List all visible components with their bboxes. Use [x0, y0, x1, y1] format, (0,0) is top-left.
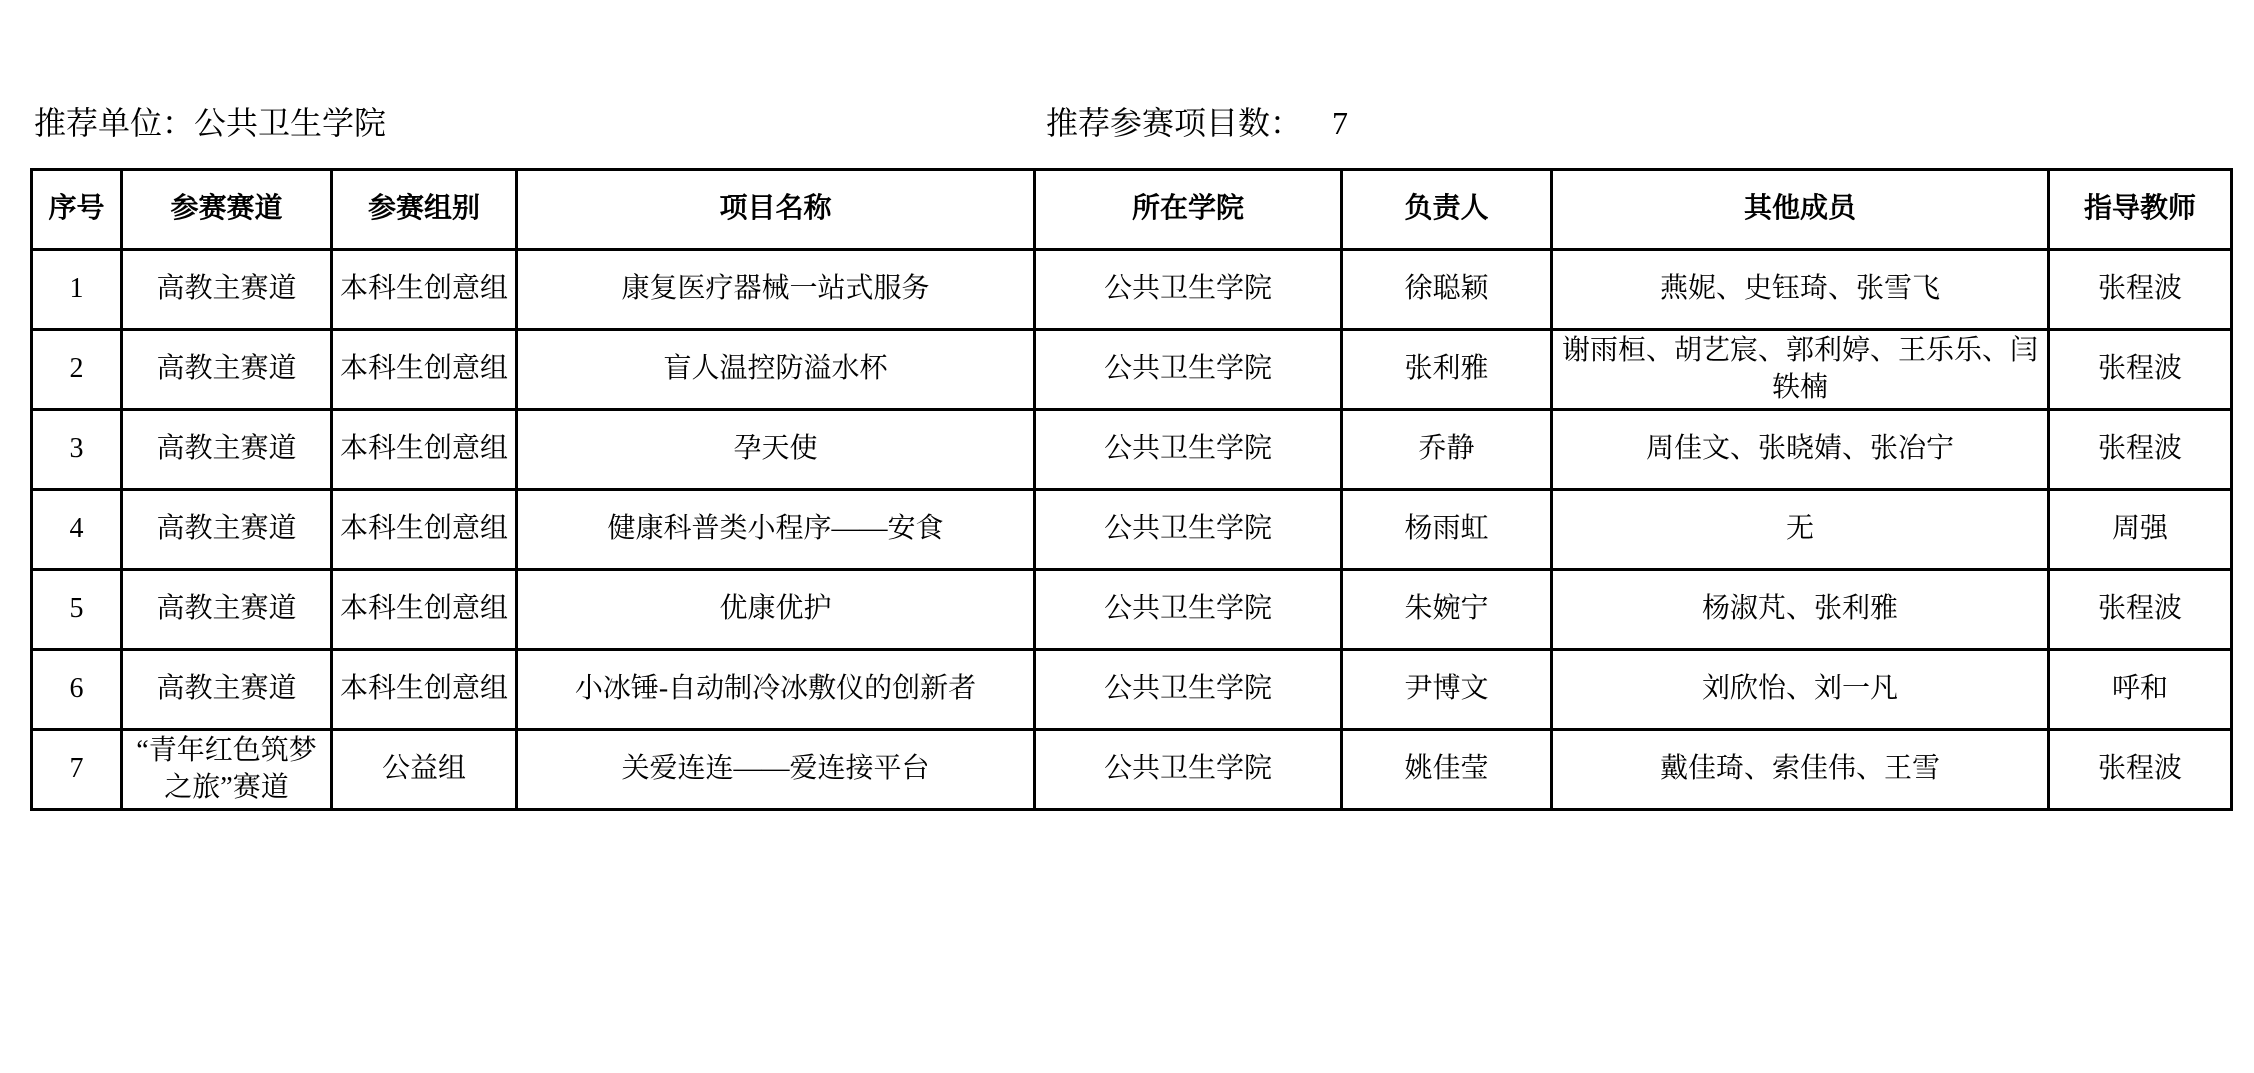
table-cell: 本科生创意组 [332, 330, 517, 410]
table-cell: “青年红色筑梦之旅”赛道 [122, 730, 332, 810]
recommending-unit-label: 推荐单位：公共卫生学院 [34, 98, 386, 144]
table-cell: 高教主赛道 [122, 250, 332, 330]
table-cell: 高教主赛道 [122, 410, 332, 490]
table-cell: 杨雨虹 [1342, 490, 1552, 570]
table-row: 2高教主赛道本科生创意组盲人温控防溢水杯公共卫生学院张利雅谢雨桓、胡艺宸、郭利婷… [32, 330, 2232, 410]
project-count-label: 推荐参赛项目数： [1046, 105, 1302, 141]
table-cell: 周佳文、张晓婧、张冶宁 [1552, 410, 2049, 490]
table-cell: 杨淑芃、张利雅 [1552, 570, 2049, 650]
table-cell: 4 [32, 490, 122, 570]
table-cell: 孕天使 [517, 410, 1035, 490]
column-header: 参赛赛道 [122, 170, 332, 250]
table-cell: 公共卫生学院 [1035, 650, 1342, 730]
table-cell: 张程波 [2049, 570, 2232, 650]
table-cell: 公共卫生学院 [1035, 410, 1342, 490]
table-cell: 本科生创意组 [332, 250, 517, 330]
table-cell: 周强 [2049, 490, 2232, 570]
table-cell: 张程波 [2049, 330, 2232, 410]
table-cell: 姚佳莹 [1342, 730, 1552, 810]
table-row: 6高教主赛道本科生创意组小冰锤-自动制冷冰敷仪的创新者公共卫生学院尹博文刘欣怡、… [32, 650, 2232, 730]
column-header: 参赛组别 [332, 170, 517, 250]
column-header: 负责人 [1342, 170, 1552, 250]
table-cell: 张程波 [2049, 730, 2232, 810]
table-cell: 本科生创意组 [332, 490, 517, 570]
table-cell: 康复医疗器械一站式服务 [517, 250, 1035, 330]
column-header: 其他成员 [1552, 170, 2049, 250]
table-cell: 公共卫生学院 [1035, 730, 1342, 810]
column-header: 所在学院 [1035, 170, 1342, 250]
table-cell: 小冰锤-自动制冷冰敷仪的创新者 [517, 650, 1035, 730]
column-header: 指导教师 [2049, 170, 2232, 250]
table-cell: 公共卫生学院 [1035, 330, 1342, 410]
table-cell: 呼和 [2049, 650, 2232, 730]
table-cell: 1 [32, 250, 122, 330]
table-cell: 无 [1552, 490, 2049, 570]
table-cell: 戴佳琦、索佳伟、王雪 [1552, 730, 2049, 810]
table-cell: 关爱连连——爱连接平台 [517, 730, 1035, 810]
table-cell: 燕妮、史钰琦、张雪飞 [1552, 250, 2049, 330]
table-cell: 本科生创意组 [332, 410, 517, 490]
table-cell: 张利雅 [1342, 330, 1552, 410]
table-cell: 健康科普类小程序——安食 [517, 490, 1035, 570]
table-body: 1高教主赛道本科生创意组康复医疗器械一站式服务公共卫生学院徐聪颖燕妮、史钰琦、张… [32, 250, 2232, 810]
table-row: 7“青年红色筑梦之旅”赛道公益组关爱连连——爱连接平台公共卫生学院姚佳莹戴佳琦、… [32, 730, 2232, 810]
table-header-row: 序号参赛赛道参赛组别项目名称所在学院负责人其他成员指导教师 [32, 170, 2232, 250]
table-cell: 盲人温控防溢水杯 [517, 330, 1035, 410]
table-cell: 高教主赛道 [122, 330, 332, 410]
table-cell: 高教主赛道 [122, 570, 332, 650]
table-cell: 7 [32, 730, 122, 810]
projects-table: 序号参赛赛道参赛组别项目名称所在学院负责人其他成员指导教师 1高教主赛道本科生创… [30, 168, 2233, 811]
table-cell: 张程波 [2049, 250, 2232, 330]
table-cell: 高教主赛道 [122, 650, 332, 730]
table-cell: 徐聪颖 [1342, 250, 1552, 330]
table-row: 4高教主赛道本科生创意组健康科普类小程序——安食公共卫生学院杨雨虹无周强 [32, 490, 2232, 570]
table-cell: 刘欣怡、刘一凡 [1552, 650, 2049, 730]
table-cell: 朱婉宁 [1342, 570, 1552, 650]
table-cell: 本科生创意组 [332, 650, 517, 730]
column-header: 项目名称 [517, 170, 1035, 250]
table-cell: 张程波 [2049, 410, 2232, 490]
column-header: 序号 [32, 170, 122, 250]
table-cell: 5 [32, 570, 122, 650]
table-cell: 3 [32, 410, 122, 490]
table-row: 1高教主赛道本科生创意组康复医疗器械一站式服务公共卫生学院徐聪颖燕妮、史钰琦、张… [32, 250, 2232, 330]
table-cell: 优康优护 [517, 570, 1035, 650]
table-cell: 谢雨桓、胡艺宸、郭利婷、王乐乐、闫轶楠 [1552, 330, 2049, 410]
table-cell: 公共卫生学院 [1035, 490, 1342, 570]
table-cell: 公共卫生学院 [1035, 570, 1342, 650]
table-cell: 尹博文 [1342, 650, 1552, 730]
project-count-value: 7 [1332, 105, 1348, 141]
table-cell: 6 [32, 650, 122, 730]
table-cell: 2 [32, 330, 122, 410]
table-row: 3高教主赛道本科生创意组孕天使公共卫生学院乔静周佳文、张晓婧、张冶宁张程波 [32, 410, 2232, 490]
table-cell: 高教主赛道 [122, 490, 332, 570]
table-row: 5高教主赛道本科生创意组优康优护公共卫生学院朱婉宁杨淑芃、张利雅张程波 [32, 570, 2232, 650]
table-cell: 本科生创意组 [332, 570, 517, 650]
table-cell: 乔静 [1342, 410, 1552, 490]
table-cell: 公共卫生学院 [1035, 250, 1342, 330]
table-cell: 公益组 [332, 730, 517, 810]
project-count: 推荐参赛项目数：7 [1046, 98, 1348, 144]
